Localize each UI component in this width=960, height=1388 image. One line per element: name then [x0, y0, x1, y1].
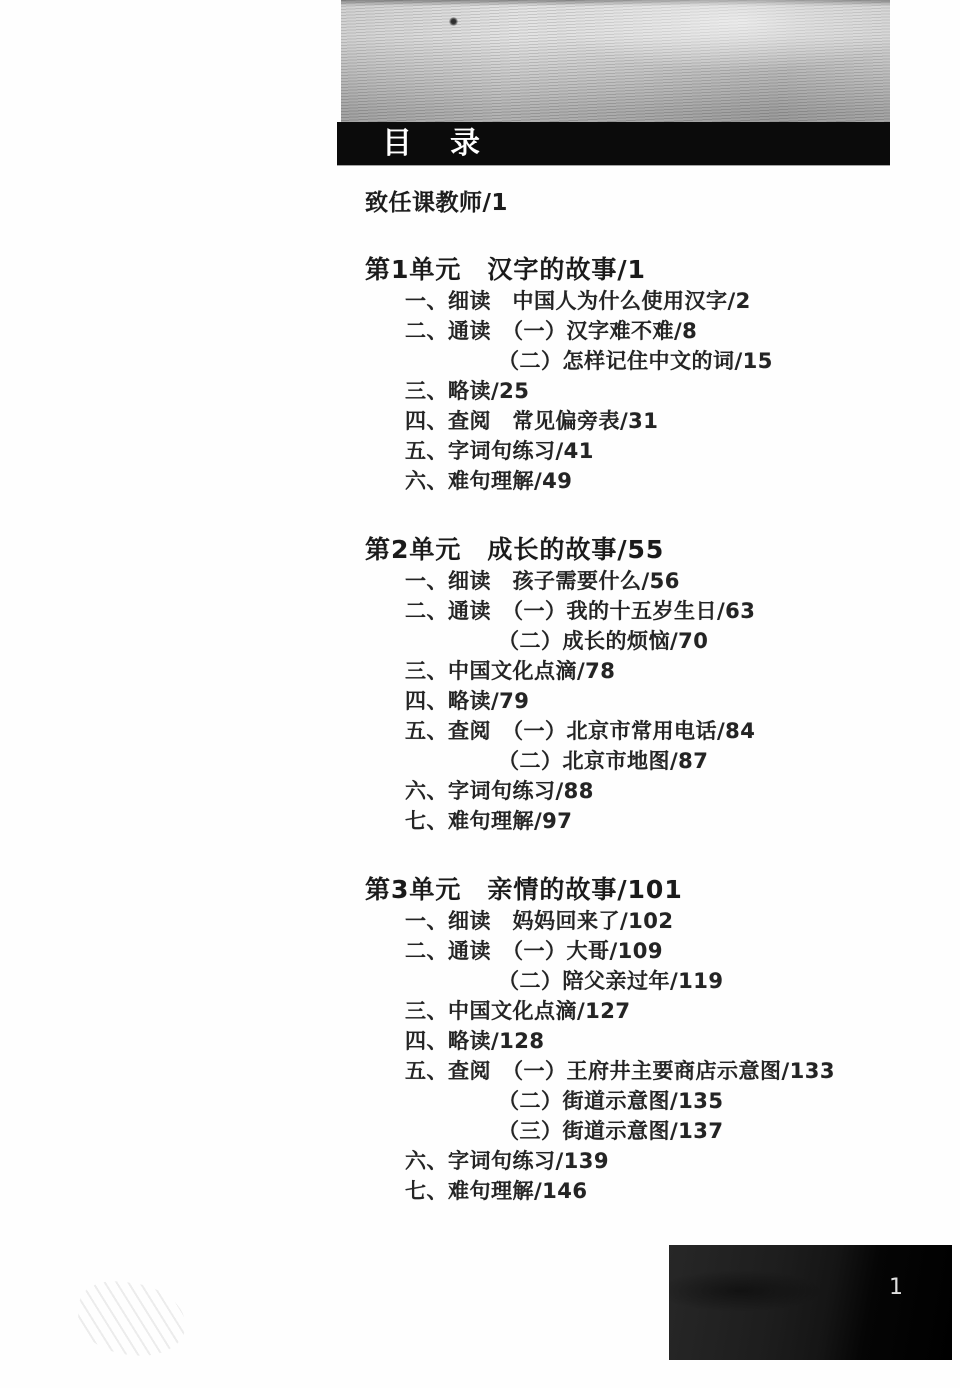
toc-entry: 六、字词句练习/139	[405, 1145, 935, 1175]
toc-subentry: （二）怎样记住中文的词/15	[498, 345, 935, 375]
toc-entry: 三、略读/25	[405, 375, 935, 405]
toc-entry: 四、略读/79	[405, 685, 935, 715]
toc-subentry: （二）北京市地图/87	[498, 745, 935, 775]
toc-entry: 七、难句理解/97	[405, 805, 935, 835]
toc-subentry: （二）陪父亲过年/119	[498, 965, 935, 995]
unit-3-heading: 第3单元 亲情的故事/101	[365, 871, 935, 905]
toc-subentry: （三）街道示意图/137	[498, 1115, 935, 1145]
toc-entry: 七、难句理解/146	[405, 1175, 935, 1205]
toc-subentry: （二）街道示意图/135	[498, 1085, 935, 1115]
table-of-contents: 致任课教师/1 第1单元 汉字的故事/1 一、细读 中国人为什么使用汉字/2 二…	[365, 185, 935, 1205]
preface-entry: 致任课教师/1	[365, 185, 935, 215]
toc-title-bar: 目 录	[337, 122, 890, 165]
unit-2-heading: 第2单元 成长的故事/55	[365, 531, 935, 565]
toc-entry: 三、中国文化点滴/78	[405, 655, 935, 685]
toc-entry: 六、字词句练习/88	[405, 775, 935, 805]
toc-entry: 四、查阅 常见偏旁表/31	[405, 405, 935, 435]
toc-entry: 一、细读 中国人为什么使用汉字/2	[405, 285, 935, 315]
scan-texture-band	[341, 0, 890, 123]
toc-entry: 一、细读 妈妈回来了/102	[405, 905, 935, 935]
scan-hatch-artifact	[75, 1278, 190, 1361]
toc-entry: 一、细读 孩子需要什么/56	[405, 565, 935, 595]
footer-black-box: 1	[669, 1245, 952, 1360]
toc-subentry: （二）成长的烦恼/70	[498, 625, 935, 655]
page-number: 1	[889, 1275, 903, 1300]
toc-entry: 四、略读/128	[405, 1025, 935, 1055]
page-title: 目 录	[382, 129, 484, 159]
scanned-toc-page: 目 录 致任课教师/1 第1单元 汉字的故事/1 一、细读 中国人为什么使用汉字…	[0, 0, 960, 1388]
toc-entry: 三、中国文化点滴/127	[405, 995, 935, 1025]
unit-1-heading: 第1单元 汉字的故事/1	[365, 251, 935, 285]
toc-entry: 二、通读 （一）我的十五岁生日/63	[405, 595, 935, 625]
toc-entry: 五、查阅 （一）北京市常用电话/84	[405, 715, 935, 745]
toc-entry: 五、查阅 （一）王府井主要商店示意图/133	[405, 1055, 935, 1085]
toc-entry: 二、通读 （一）大哥/109	[405, 935, 935, 965]
toc-entry: 六、难句理解/49	[405, 465, 935, 495]
toc-entry: 二、通读 （一）汉字难不难/8	[405, 315, 935, 345]
toc-entry: 五、字词句练习/41	[405, 435, 935, 465]
scan-speck	[449, 17, 458, 26]
